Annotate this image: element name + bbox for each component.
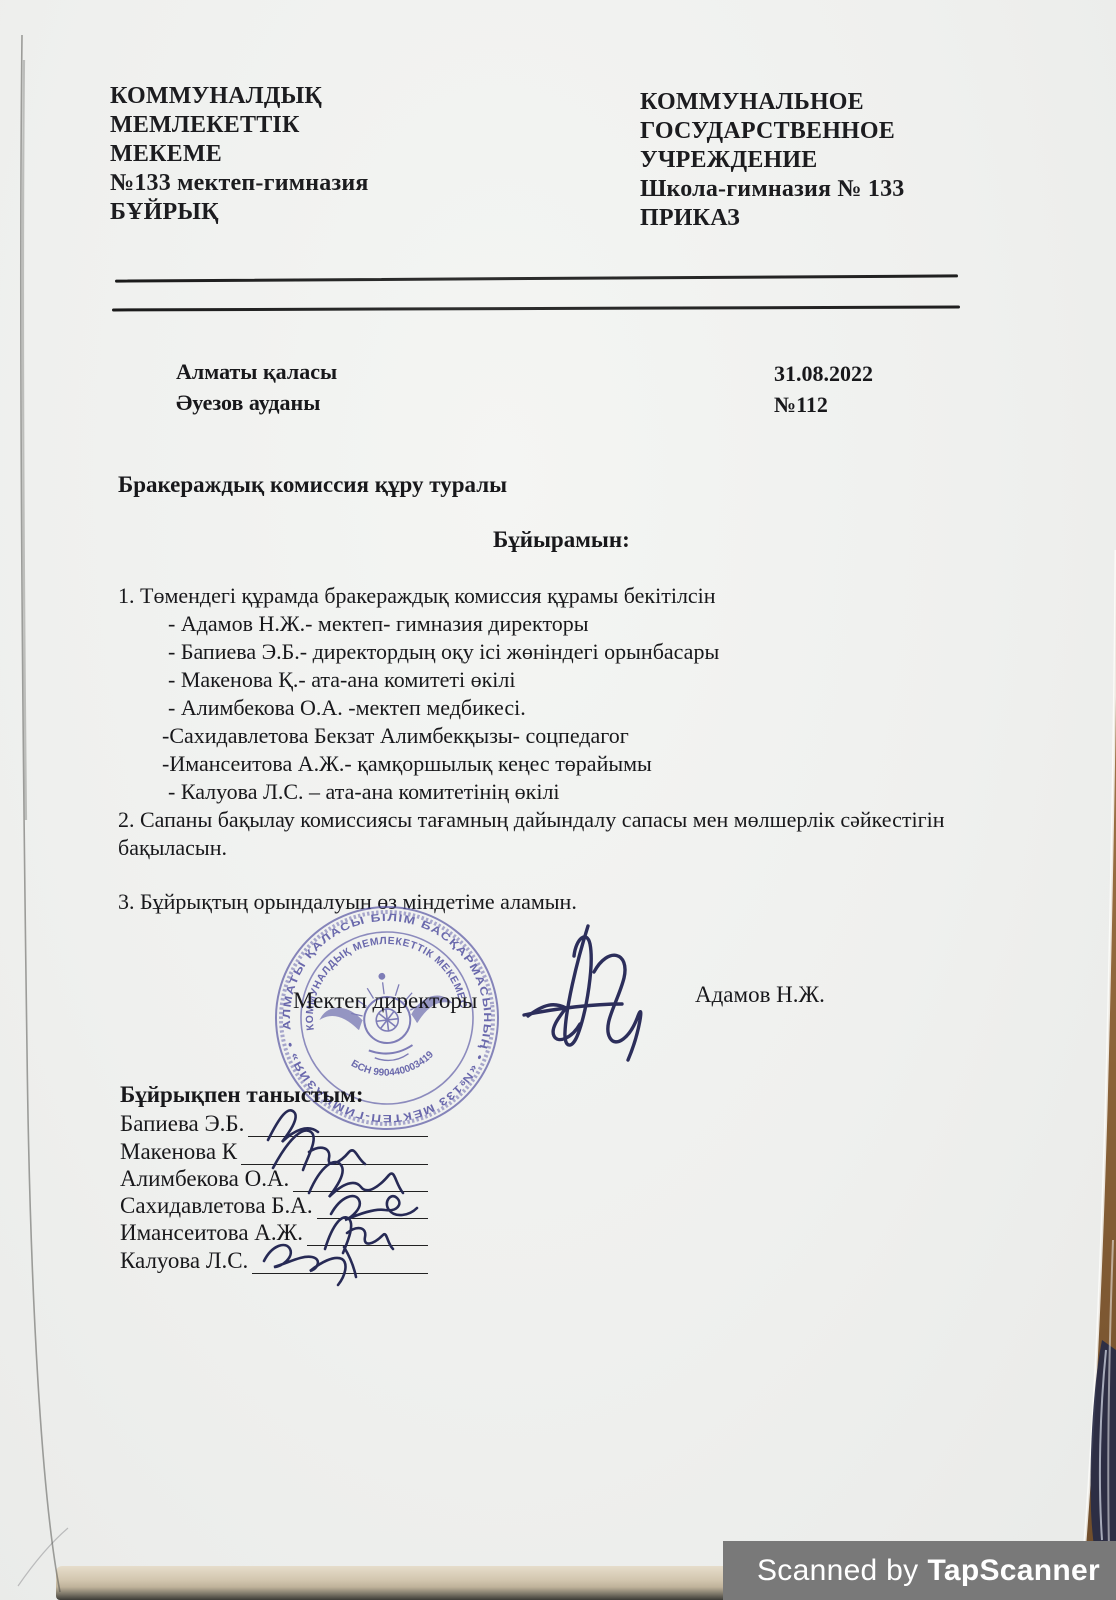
divider-rule-top [115, 274, 958, 282]
acknowledgment-row: Сахидавлетова Б.А. [120, 1192, 428, 1219]
header-right-line: ПРИКАЗ [640, 204, 904, 233]
order-heading: Бұйырамын: [493, 527, 630, 553]
city-line: Алматы қаласы [176, 356, 337, 387]
header-right-line: КОММУНАЛЬНОЕ [640, 88, 904, 117]
header-left-line: МЕКЕМЕ [110, 140, 369, 169]
header-left-line: БҰЙРЫҚ [110, 198, 369, 227]
acknowledgment-block: Бұйрықпен таныстым: Бапиева Э.Б. Макенов… [120, 1080, 428, 1274]
stamp-emblem [317, 966, 457, 1068]
acknowledgment-heading: Бұйрықпен таныстым: [120, 1080, 428, 1110]
acknowledgment-name: Имансеитова А.Ж. [120, 1220, 303, 1246]
acknowledgment-row: Бапиева Э.Б. [120, 1110, 428, 1137]
acknowledgment-row: Имансеитова А.Ж. [120, 1219, 428, 1246]
acknowledgment-name: Алимбекова О.А. [120, 1166, 289, 1192]
director-signature [510, 912, 670, 1077]
commission-member: - Адамов Н.Ж.- мектеп- гимназия директор… [118, 610, 1023, 638]
header-right-line: УЧРЕЖДЕНИЕ [640, 146, 904, 175]
document-title: Бракераждық комиссия құру туралы [118, 472, 507, 498]
acknowledgment-row: Макенова К [120, 1137, 428, 1164]
divider-rule-bottom [112, 306, 960, 312]
director-name: Адамов Н.Ж. [695, 982, 825, 1008]
acknowledgment-row: Алимбекова О.А. [120, 1165, 428, 1192]
acknowledgment-name: Бапиева Э.Б. [120, 1111, 244, 1137]
header-left-line: МЕМЛЕКЕТТІК [110, 111, 369, 140]
commission-member: - Алимбекова О.А. -мектеп медбикесі. [118, 694, 1023, 722]
commission-member: - Бапиева Э.Б.- директордың оқу ісі жөні… [118, 638, 1023, 666]
commission-member: - Калуова Л.С. – ата-ана комитетінің өкі… [118, 778, 1023, 806]
header-right-block: КОММУНАЛЬНОЕ ГОСУДАРСТВЕННОЕ УЧРЕЖДЕНИЕ … [640, 88, 904, 233]
acknowledgment-name: Калуова Л.С. [120, 1248, 248, 1274]
document-number: №112 [774, 389, 873, 420]
header-right-line: Школа-гимназия № 133 [640, 175, 904, 204]
signature-line [252, 1273, 428, 1274]
acknowledgment-row: Калуова Л.С. [120, 1246, 428, 1273]
director-role-label: Мектеп директоры [293, 988, 477, 1014]
order-body: 1. Төмендегі құрамда бракераждық комисси… [118, 582, 1023, 916]
header-right-line: ГОСУДАРСТВЕННОЕ [640, 117, 904, 146]
commission-member: -Имансеитова А.Ж.- қамқоршылық кеңес төр… [118, 750, 1023, 778]
city-block: Алматы қаласы Әуезов ауданы [176, 356, 337, 418]
acknowledgment-name: Макенова К [120, 1139, 237, 1165]
header-left-line: КОММУНАЛДЫҚ [110, 82, 369, 111]
header-left-line: №133 мектеп-гимназия [110, 169, 369, 198]
watermark-prefix: Scanned by [757, 1554, 918, 1588]
tapscanner-watermark-bar: Scanned by TapScanner [723, 1541, 1116, 1600]
district-line: Әуезов ауданы [176, 387, 337, 418]
order-item-1: 1. Төмендегі құрамда бракераждық комисси… [118, 582, 1023, 610]
date-number-block: 31.08.2022 №112 [774, 358, 873, 420]
header-left-block: КОММУНАЛДЫҚ МЕМЛЕКЕТТІК МЕКЕМЕ №133 мект… [110, 82, 369, 227]
commission-member: - Макенова Қ.- ата-ана комитеті өкілі [118, 666, 1023, 694]
acknowledgment-name: Сахидавлетова Б.А. [120, 1193, 313, 1219]
commission-member: -Сахидавлетова Бекзат Алимбекқызы- соцпе… [118, 722, 1023, 750]
order-item-2: 2. Сапаны бақылау комиссиясы тағамның да… [118, 806, 1023, 862]
table-edge-and-pen [1072, 550, 1116, 1600]
watermark-brand: TapScanner [927, 1554, 1100, 1588]
scanned-document-page: КОММУНАЛДЫҚ МЕМЛЕКЕТТІК МЕКЕМЕ №133 мект… [0, 0, 1116, 1600]
document-date: 31.08.2022 [774, 358, 873, 389]
